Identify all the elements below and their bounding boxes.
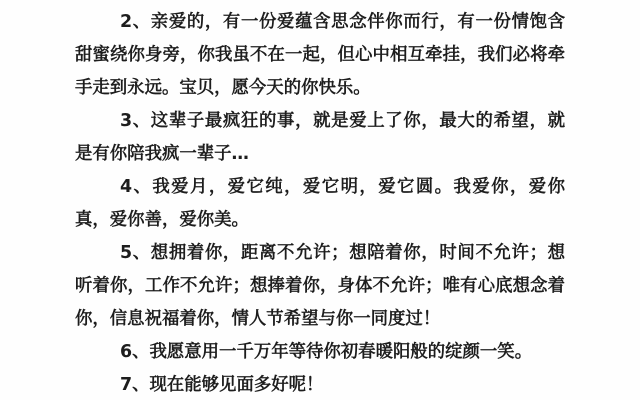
document-page: 2、亲爱的，有一份爱蕴含思念伴你而行，有一份情饱含甜蜜绕你身旁，你我虽不在一起，…	[0, 0, 640, 400]
paragraph-3: 3、这辈子最疯狂的事，就是爱上了你，最大的希望，就是有你陪我疯一辈子…	[75, 105, 565, 171]
paragraph-6: 6、我愿意用一千万年等待你初春暖阳般的绽颜一笑。	[75, 336, 565, 369]
paragraph-4: 4、我爱月，爱它纯，爱它明，爱它圆。我爱你，爱你真，爱你善，爱你美。	[75, 171, 565, 237]
paragraph-5: 5、想拥着你，距离不允许；想陪着你，时间不允许；想听着你，工作不允许；想捧着你，…	[75, 237, 565, 336]
paragraph-2: 2、亲爱的，有一份爱蕴含思念伴你而行，有一份情饱含甜蜜绕你身旁，你我虽不在一起，…	[75, 6, 565, 105]
paragraph-7: 7、现在能够见面多好呢！	[75, 369, 565, 400]
